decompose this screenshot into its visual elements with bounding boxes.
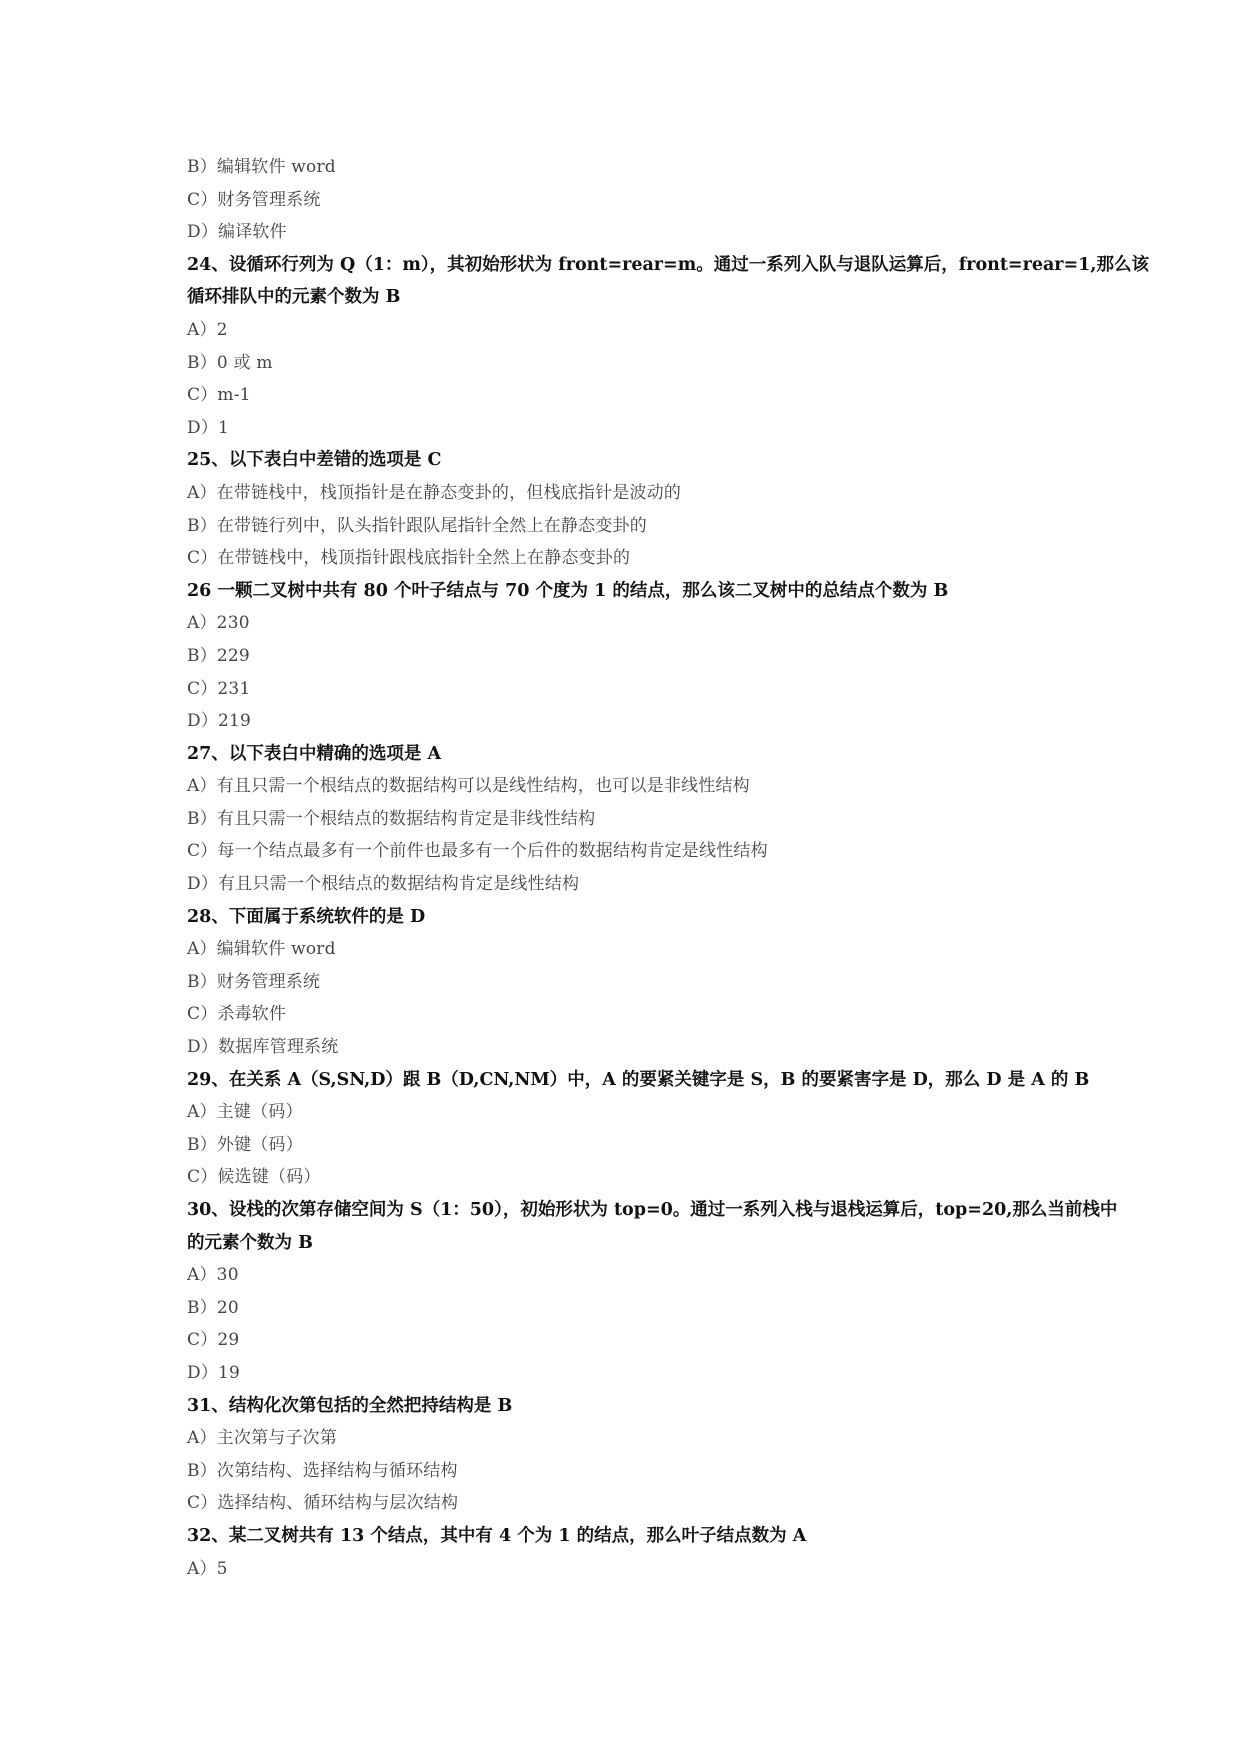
- question-text-continued: 的元素个数为 B: [187, 1227, 1137, 1260]
- question-text: 30、设栈的次第存储空间为 S（1：50），初始形状为 top=0。通过一系列入…: [187, 1194, 1137, 1227]
- option-a: A）5: [187, 1553, 1137, 1586]
- option-d: D）有且只需一个根结点的数据结构肯定是线性结构: [187, 868, 1137, 901]
- option-a: A）编辑软件 word: [187, 933, 1137, 966]
- question-text: 28、下面属于系统软件的是 D: [187, 901, 1137, 934]
- option-a: A）230: [187, 607, 1137, 640]
- question-32: 32、某二叉树共有 13 个结点，其中有 4 个为 1 的结点，那么叶子结点数为…: [187, 1520, 1137, 1585]
- question-text-continued: 循环排队中的元素个数为 B: [187, 281, 1137, 314]
- option-b: B）20: [187, 1292, 1137, 1325]
- question-text: 29、在关系 A（S,SN,D）跟 B（D,CN,NM）中，A 的要紧关键字是 …: [187, 1064, 1137, 1097]
- option-c: C）选择结构、循环结构与层次结构: [187, 1487, 1137, 1520]
- option-d: D）数据库管理系统: [187, 1031, 1137, 1064]
- document-page: B）编辑软件 word C）财务管理系统 D）编译软件 24、设循环行列为 Q（…: [187, 151, 1137, 1585]
- option-c: C）杀毒软件: [187, 998, 1137, 1031]
- option-a: A）2: [187, 314, 1137, 347]
- question-31: 31、结构化次第包括的全然把持结构是 B A）主次第与子次第 B）次第结构、选择…: [187, 1390, 1137, 1520]
- option-a: A）主键（码）: [187, 1096, 1137, 1129]
- option-b: B）0 或 m: [187, 347, 1137, 380]
- option-b: B）有且只需一个根结点的数据结构肯定是非线性结构: [187, 803, 1137, 836]
- question-text: 24、设循环行列为 Q（1：m），其初始形状为 front=rear=m。通过一…: [187, 249, 1137, 282]
- question-30: 30、设栈的次第存储空间为 S（1：50），初始形状为 top=0。通过一系列入…: [187, 1194, 1137, 1390]
- option-d: D）219: [187, 705, 1137, 738]
- option-d: D）1: [187, 412, 1137, 445]
- question-26: 26 一颗二叉树中共有 80 个叶子结点与 70 个度为 1 的结点，那么该二叉…: [187, 575, 1137, 738]
- option-c: C）231: [187, 673, 1137, 706]
- option-b: B）229: [187, 640, 1137, 673]
- option-c: C）m-1: [187, 379, 1137, 412]
- option-b: B）次第结构、选择结构与循环结构: [187, 1455, 1137, 1488]
- option-c: C）29: [187, 1324, 1137, 1357]
- leading-options: B）编辑软件 word C）财务管理系统 D）编译软件: [187, 151, 1137, 249]
- option-line: C）财务管理系统: [187, 184, 1137, 217]
- question-28: 28、下面属于系统软件的是 D A）编辑软件 word B）财务管理系统 C）杀…: [187, 901, 1137, 1064]
- question-text: 26 一颗二叉树中共有 80 个叶子结点与 70 个度为 1 的结点，那么该二叉…: [187, 575, 1137, 608]
- question-24: 24、设循环行列为 Q（1：m），其初始形状为 front=rear=m。通过一…: [187, 249, 1137, 445]
- question-text: 32、某二叉树共有 13 个结点，其中有 4 个为 1 的结点，那么叶子结点数为…: [187, 1520, 1137, 1553]
- option-a: A）30: [187, 1259, 1137, 1292]
- question-29: 29、在关系 A（S,SN,D）跟 B（D,CN,NM）中，A 的要紧关键字是 …: [187, 1064, 1137, 1194]
- option-b: B）在带链行列中，队头指针跟队尾指针全然上在静态变卦的: [187, 510, 1137, 543]
- question-27: 27、以下表白中精确的选项是 A A）有且只需一个根结点的数据结构可以是线性结构…: [187, 738, 1137, 901]
- question-25: 25、以下表白中差错的选项是 C A）在带链栈中，栈顶指针是在静态变卦的，但栈底…: [187, 444, 1137, 574]
- question-text: 27、以下表白中精确的选项是 A: [187, 738, 1137, 771]
- question-text: 25、以下表白中差错的选项是 C: [187, 444, 1137, 477]
- option-a: A）在带链栈中，栈顶指针是在静态变卦的，但栈底指针是波动的: [187, 477, 1137, 510]
- option-d: D）19: [187, 1357, 1137, 1390]
- option-b: B）外键（码）: [187, 1129, 1137, 1162]
- option-c: C）在带链栈中，栈顶指针跟栈底指针全然上在静态变卦的: [187, 542, 1137, 575]
- option-c: C）每一个结点最多有一个前件也最多有一个后件的数据结构肯定是线性结构: [187, 835, 1137, 868]
- option-a: A）主次第与子次第: [187, 1422, 1137, 1455]
- option-c: C）候选键（码）: [187, 1161, 1137, 1194]
- option-line: B）编辑软件 word: [187, 151, 1137, 184]
- question-text: 31、结构化次第包括的全然把持结构是 B: [187, 1390, 1137, 1423]
- option-line: D）编译软件: [187, 216, 1137, 249]
- option-b: B）财务管理系统: [187, 966, 1137, 999]
- option-a: A）有且只需一个根结点的数据结构可以是线性结构，也可以是非线性结构: [187, 770, 1137, 803]
